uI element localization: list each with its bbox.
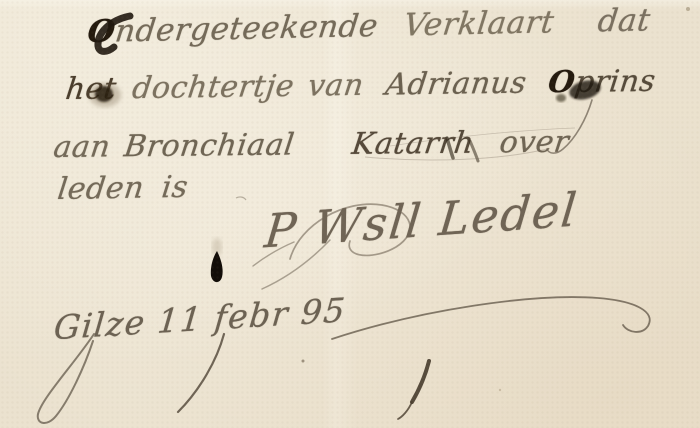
scanned-paper: OndergeteekendeVerklaartdat hetdochtertj… bbox=[0, 0, 700, 428]
pen-stroke bbox=[398, 402, 412, 419]
handwritten-word: aan bbox=[51, 129, 112, 165]
paper-speck bbox=[302, 360, 305, 363]
signature-paraph bbox=[332, 297, 650, 339]
ink-teardrop bbox=[211, 251, 223, 282]
handwritten-line-4: ledenis bbox=[56, 170, 190, 207]
ink-smudge bbox=[212, 238, 222, 256]
paper-speck bbox=[499, 389, 501, 391]
handwritten-line-2: hetdochtertjevanAdrianusOprins bbox=[64, 64, 658, 107]
signature-text: P Wsll Ledel bbox=[262, 182, 581, 258]
handwritten-word: Bronchiaal bbox=[122, 127, 296, 164]
pen-flourish bbox=[178, 334, 224, 412]
handwritten-word: dat bbox=[596, 2, 653, 39]
handwritten-line-3: aanBronchiaalKatarrhover bbox=[51, 125, 571, 165]
pen-stroke bbox=[412, 361, 429, 402]
handwritten-word: Verklaart bbox=[402, 4, 556, 43]
handwritten-word: dochtertje bbox=[130, 69, 296, 106]
pen-flourish bbox=[38, 334, 94, 423]
handwritten-word: Oprins bbox=[546, 64, 657, 101]
handwritten-word: Ondergeteekende bbox=[86, 8, 380, 50]
dateline-text: Gilze 11 febr 95 bbox=[52, 290, 348, 347]
handwritten-word: leden bbox=[56, 170, 146, 207]
paper-speck bbox=[686, 7, 690, 11]
handwritten-word: is bbox=[160, 170, 190, 206]
handwritten-word: het bbox=[64, 71, 119, 107]
stray-mark bbox=[236, 197, 246, 200]
handwritten-word: Katarrh bbox=[350, 126, 476, 162]
handwritten-line-1: OndergeteekendeVerklaartdat bbox=[86, 2, 653, 50]
handwritten-word: van bbox=[306, 68, 366, 104]
handwritten-word: over bbox=[498, 125, 572, 161]
handwritten-word: Adrianus bbox=[383, 66, 528, 103]
